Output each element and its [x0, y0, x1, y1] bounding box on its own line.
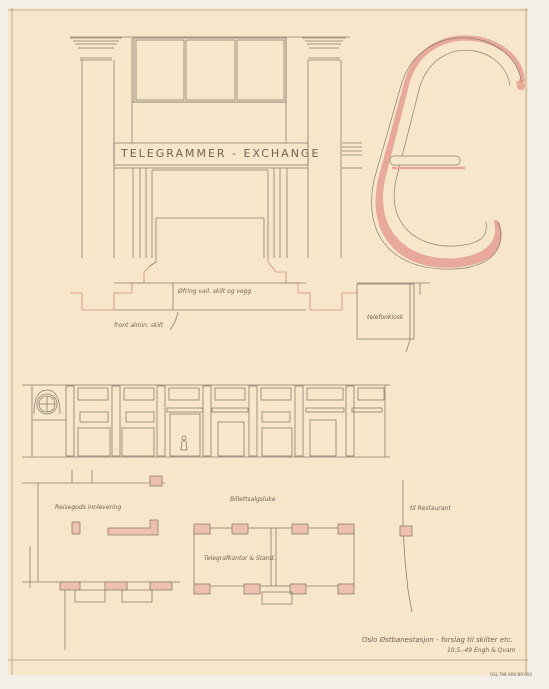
title-block-line1: Oslo Østbanestasjon - forslag til skilte… [362, 636, 513, 644]
drawing-sheet: TELEGRAMMER - EXCHANGE Øfring vail. skil… [0, 0, 549, 689]
section-detail [70, 256, 430, 352]
label-section-upper: Øfring vail. skilt og vegg [178, 288, 251, 295]
full-facade-elevation [22, 385, 390, 457]
label-telegraph-office: Telegrafkontor & Stand. [204, 555, 275, 562]
label-telephone-kiosk: telefonkiosk [367, 314, 403, 321]
letter-e-detail [372, 38, 525, 269]
title-block-line2: 10.5.-49 Engh & Qvam [447, 647, 515, 654]
architectural-drawing [0, 0, 549, 689]
label-luggage-intake: Reisegods innlevering [55, 504, 121, 511]
label-ticket-window: Billettsalgsluke [230, 496, 276, 503]
archive-stamp: OSL.TAK.ARK.NR.000 [490, 672, 532, 677]
label-section-lower: front almin. skilt [114, 322, 163, 329]
telegram-exchange-sign: TELEGRAMMER - EXCHANGE [121, 147, 320, 160]
label-to-restaurant: til Restaurant [410, 505, 451, 512]
